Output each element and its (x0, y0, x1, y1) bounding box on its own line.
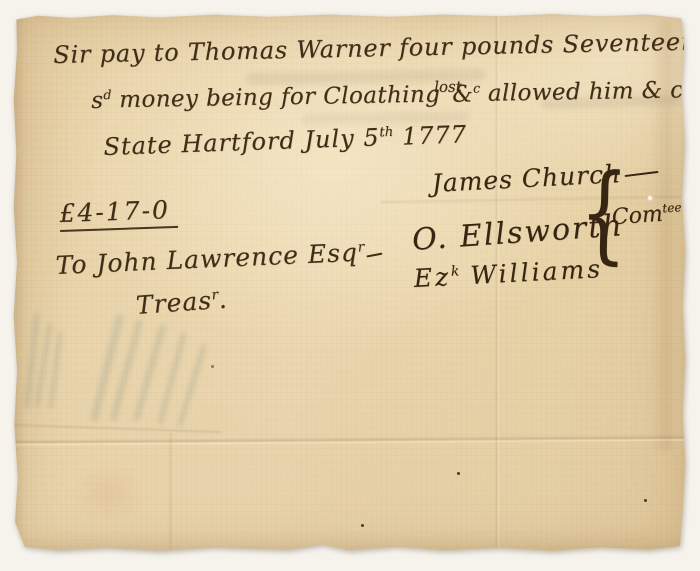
dateline-year: 1777 (393, 120, 468, 151)
bleed-through-stroke (157, 332, 187, 425)
esquire-flourish (367, 253, 383, 258)
committee-label-sup: tee (662, 200, 682, 215)
addressee-line: To John Lawrence Esqr (55, 237, 383, 280)
ink-speck (644, 499, 647, 502)
inserted-word-lost: lost (434, 77, 462, 95)
treasurer-abbrev: Treas (135, 286, 213, 320)
treasurer-line: Treasr. (135, 285, 228, 320)
stain-blob (73, 465, 145, 521)
fold-crease-horizontal-left (11, 422, 221, 434)
dateline-pre: State Hartford July 5 (103, 123, 380, 161)
signature-ezk-williams: Ezk Williams (413, 254, 604, 293)
bleed-through-stroke (110, 319, 144, 422)
bleed-through-stroke (24, 313, 40, 408)
signature-ezk-base: Ez (413, 262, 452, 293)
fold-crease-horizontal-main (11, 435, 688, 447)
ampersand-2: & (641, 78, 662, 104)
addressee-name: To John Lawrence Esq (55, 238, 359, 280)
bleed-through-stroke (48, 331, 62, 409)
edge-shading-bottom (11, 531, 688, 554)
ink-speck (457, 472, 460, 475)
ink-speck (211, 365, 214, 368)
document-paper: Sir pay to Thomas Warner four pounds Sev… (11, 13, 688, 554)
abbrev-sd-base: s (91, 87, 104, 113)
esquire-sup: r (357, 239, 364, 255)
scanned-document-background: Sir pay to Thomas Warner four pounds Sev… (0, 0, 700, 571)
abbrev-sd: sd (91, 87, 112, 113)
bleed-through-stroke (90, 314, 124, 423)
bleed-through-stroke (177, 344, 208, 427)
dateline-ordinal-sup: th (379, 125, 393, 140)
edge-shading-left (13, 13, 25, 554)
body-line-2-mid: allowed him (480, 78, 642, 107)
ink-speck (361, 524, 364, 527)
body-line-2: sd money being for Cloathinglost&c allow… (91, 75, 700, 114)
body-line-1: Sir pay to Thomas Warner four pounds Sev… (53, 25, 700, 69)
dateline: State Hartford July 5th 1777 (103, 120, 468, 161)
body-line-2-post: charge the (662, 75, 700, 103)
paper-shadow-wrap: Sir pay to Thomas Warner four pounds Sev… (0, 0, 700, 571)
fold-crease-vertical-lower (168, 433, 173, 554)
bleed-through-stroke (34, 323, 52, 408)
treasurer-period: . (218, 285, 229, 315)
body-line-2-pre: money being for Cloathing (111, 82, 440, 114)
bleed-through-stroke (132, 324, 166, 422)
amount-figure: £4-17-0 (59, 195, 179, 232)
signature-williams-text: Williams (459, 254, 604, 290)
paper-flaw-speck (648, 196, 652, 200)
